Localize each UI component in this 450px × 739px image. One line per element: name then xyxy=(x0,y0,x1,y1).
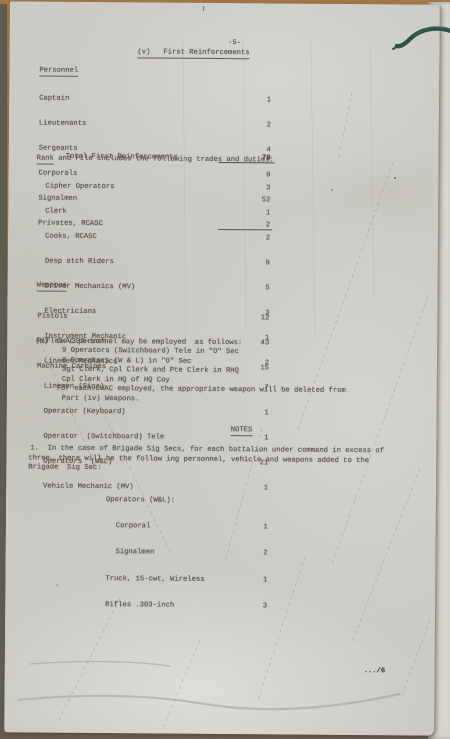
note-a-line: 8 Operators (W & L) in "O" Sec xyxy=(62,357,191,366)
row-label: Corporal xyxy=(36,522,151,531)
row-label: Desp atch Riders xyxy=(38,257,114,266)
row-label: Clerk xyxy=(38,207,67,216)
table-row: Lieutenants2 xyxy=(39,119,289,129)
row-value: 2 xyxy=(218,234,270,243)
row-value: 12 xyxy=(217,314,269,323)
table-row: Operator (Keyboard)1 xyxy=(37,408,287,418)
table-row: Clerk1 xyxy=(38,207,288,217)
row-label: Operators (W&L): xyxy=(36,495,175,504)
table-row: Signalmen2 xyxy=(36,548,286,560)
row-label: Truck, 15-cwt, Wireless xyxy=(35,574,204,584)
notes-para-line: Brigade Sig Sec: xyxy=(28,463,101,472)
note-a-line: Part (iv) Weapons. xyxy=(62,395,140,404)
table-row: Operators (W&L): xyxy=(36,495,286,507)
note-a-line: Cpl Clerk in HQ of HQ Coy xyxy=(62,376,170,385)
row-value: 5 xyxy=(218,284,270,293)
row-label: Captain xyxy=(39,94,69,103)
continuation-mark: .../6 xyxy=(364,667,386,676)
table-row: Cooks, RCASC2 xyxy=(38,232,288,242)
intro-underlined-word: Rank xyxy=(37,155,54,165)
row-value: 1 xyxy=(216,523,268,532)
weapons-title-text: Weapons xyxy=(37,282,67,292)
notes-table: Operators (W&L): Corporal1 Signalmen2 Tr… xyxy=(35,479,286,630)
table-row: Cipher Operators3 xyxy=(38,182,288,192)
row-value: 9 xyxy=(218,259,270,268)
table-row: Desp atch Riders9 xyxy=(38,257,288,267)
notes-paragraph: 1. In the case of Brigade Sig Secs, for … xyxy=(10,1,440,4)
row-value: 1 xyxy=(218,209,270,218)
section-heading: (v) First Reinforcements xyxy=(137,48,249,57)
notes-title-text: NOTES xyxy=(231,426,253,436)
row-label: Rifles .303-inch xyxy=(35,601,174,610)
row-value: 3 xyxy=(218,184,270,193)
row-label: Signalmen xyxy=(36,548,155,557)
row-label: Cipher Operators xyxy=(38,182,114,191)
row-label: Cooks, RCASC xyxy=(38,232,97,241)
row-label: Pistols xyxy=(37,312,67,321)
row-value: 3 xyxy=(215,602,267,611)
table-row: Truck, 15-cwt, Wireless1 xyxy=(35,574,285,586)
table-row: Corporal1 xyxy=(36,522,286,534)
photo-background: -5- (v) First Reinforcements Personnel C… xyxy=(0,0,450,739)
table-row: Pistols12 xyxy=(37,312,287,323)
row-value: 2 xyxy=(216,549,268,558)
row-label: Lieutenants xyxy=(39,119,87,128)
row-label: Operator (Keyboard) xyxy=(37,408,126,417)
weapons-title: Weapons xyxy=(37,282,67,291)
note-a-paragraph: (a) CWAC personnel may be employed as fo… xyxy=(10,1,440,4)
row-value: 2 xyxy=(219,121,271,130)
page-number: -5- xyxy=(10,37,450,49)
section-heading-text: (v) First Reinforcements xyxy=(137,48,249,58)
personnel-title: Personnel xyxy=(39,67,78,76)
note-a-line: Sgt Clerk, Cpl Clerk and Pte Clerk in RH… xyxy=(62,366,239,376)
table-row: Driver Mechanics (MV)5 xyxy=(38,282,288,292)
row-value: 1 xyxy=(215,576,267,585)
note-a-line: 9 Operators (Switchboard) Tele in "O" Se… xyxy=(62,347,239,357)
row-value: 1 xyxy=(217,409,269,418)
row-label: Operator (Switchboard) Tele xyxy=(36,433,164,442)
personnel-title-text: Personnel xyxy=(39,67,78,77)
table-row: Captain1 xyxy=(39,94,289,104)
document-page: -5- (v) First Reinforcements Personnel C… xyxy=(4,1,440,735)
page-number-text: -5- xyxy=(228,39,241,47)
table-row: Rifles .303-inch3 xyxy=(35,601,285,613)
row-value: 1 xyxy=(219,96,271,105)
intro-text: and File includes the following trades a… xyxy=(54,155,274,165)
